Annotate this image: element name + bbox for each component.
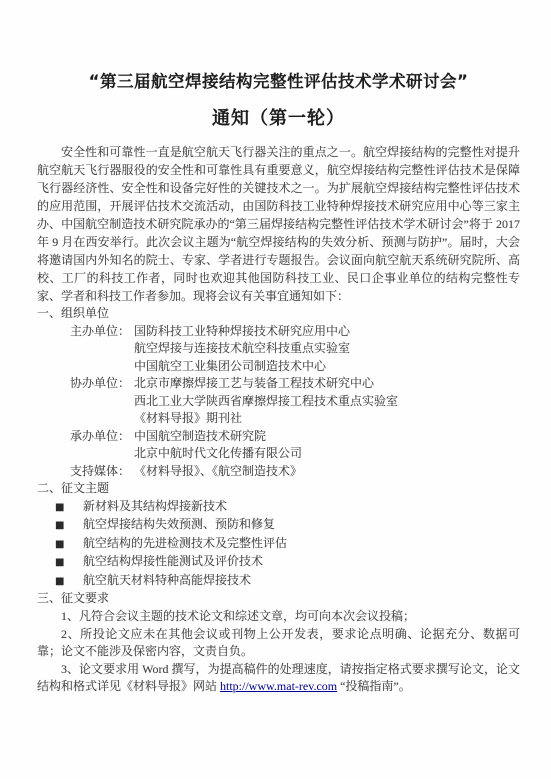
square-bullet-icon: ■ <box>55 517 83 535</box>
topic-item: ■ 航空焊接结构失效预测、预防和修复 <box>55 516 520 535</box>
square-bullet-icon: ■ <box>55 554 83 572</box>
org-name: 北京市摩擦焊接工艺与装备工程技术研究中心 <box>134 375 520 393</box>
org-name: 《材料导报》期刊社 <box>134 410 520 428</box>
topic-text: 航空结构焊接性能测试及评价技术 <box>83 553 263 571</box>
host-row: 主办单位： 国防科技工业特种焊接技术研究应用中心 航空焊接与连接技术航空科技重点… <box>70 323 520 376</box>
topic-text: 新材料及其结构焊接新技术 <box>83 498 227 516</box>
undertaker-label: 承办单位： <box>70 428 134 446</box>
section-organization: 一、组织单位 主办单位： 国防科技工业特种焊接技术研究应用中心 航空焊接与连接技… <box>37 305 520 480</box>
page-title: “第三届航空焊接结构完整性评估技术学术研讨会” <box>37 72 520 92</box>
square-bullet-icon: ■ <box>55 573 83 591</box>
org-name: 中国航空制造技术研究院 <box>134 428 520 446</box>
topic-text: 航空结构的先进检测技术及完整性评估 <box>83 535 287 553</box>
cohost-list: 北京市摩擦焊接工艺与装备工程技术研究中心 西北工业大学陕西省摩擦焊接工程技术重点… <box>134 375 520 428</box>
topic-item: ■ 航空结构焊接性能测试及评价技术 <box>55 553 520 572</box>
requirement-item-1: 1、凡符合会议主题的技术论文和综述文章，均可向本次会议投稿； <box>37 608 520 626</box>
topic-item: ■ 航空航天材料特种高能焊接技术 <box>55 572 520 591</box>
media-list: 《材料导报》、《航空制造技术》 <box>134 463 520 481</box>
intro-paragraph: 安全性和可靠性一直是航空航天飞行器关注的重点之一。航空焊接结构的完整性对提升航空… <box>37 143 520 305</box>
host-list: 国防科技工业特种焊接技术研究应用中心 航空焊接与连接技术航空科技重点实验室 中国… <box>134 323 520 376</box>
page-subtitle: 通知（第一轮） <box>37 108 520 130</box>
document-page: “第三届航空焊接结构完整性评估技术学术研讨会” 通知（第一轮） 安全性和可靠性一… <box>0 0 551 779</box>
section-heading-organization: 一、组织单位 <box>37 305 520 323</box>
topic-text: 航空航天材料特种高能焊接技术 <box>83 572 251 590</box>
section-heading-requirements: 三、征文要求 <box>37 590 520 608</box>
cohost-row: 协办单位： 北京市摩擦焊接工艺与装备工程技术研究中心 西北工业大学陕西省摩擦焊接… <box>70 375 520 428</box>
org-name: 北京中航时代文化传播有限公司 <box>134 445 520 463</box>
square-bullet-icon: ■ <box>55 536 83 554</box>
section-topics: 二、征文主题 ■ 新材料及其结构焊接新技术 ■ 航空焊接结构失效预测、预防和修复… <box>37 480 520 590</box>
media-label: 支持媒体： <box>70 463 134 481</box>
square-bullet-icon: ■ <box>55 499 83 517</box>
topic-item: ■ 航空结构的先进检测技术及完整性评估 <box>55 535 520 554</box>
org-name: 中国航空工业集团公司制造技术中心 <box>134 358 520 376</box>
requirement-item-3: 3、论文要求用 Word 撰写，为提高稿件的处理速度，请按指定格式要求撰写论文，… <box>37 661 520 696</box>
website-link[interactable]: http://www.mat-rev.com <box>220 679 337 693</box>
requirement-item-3-tail: “投稿指南”。 <box>337 679 411 693</box>
section-heading-topics: 二、征文主题 <box>37 480 520 498</box>
undertaker-list: 中国航空制造技术研究院 北京中航时代文化传播有限公司 <box>134 428 520 463</box>
media-names: 《材料导报》、《航空制造技术》 <box>134 463 520 481</box>
org-name: 国防科技工业特种焊接技术研究应用中心 <box>134 323 520 341</box>
cohost-label: 协办单位： <box>70 375 134 393</box>
host-label: 主办单位： <box>70 323 134 341</box>
section-requirements: 三、征文要求 1、凡符合会议主题的技术论文和综述文章，均可向本次会议投稿； 2、… <box>37 590 520 695</box>
undertaker-row: 承办单位： 中国航空制造技术研究院 北京中航时代文化传播有限公司 <box>70 428 520 463</box>
topic-text: 航空焊接结构失效预测、预防和修复 <box>83 516 275 534</box>
org-name: 西北工业大学陕西省摩擦焊接工程技术重点实验室 <box>134 393 520 411</box>
media-row: 支持媒体： 《材料导报》、《航空制造技术》 <box>70 463 520 481</box>
requirement-item-2: 2、所投论文应未在其他会议或刊物上公开发表，要求论点明确、论据充分、数据可靠；论… <box>37 626 520 661</box>
topic-item: ■ 新材料及其结构焊接新技术 <box>55 498 520 517</box>
org-name: 航空焊接与连接技术航空科技重点实验室 <box>134 340 520 358</box>
